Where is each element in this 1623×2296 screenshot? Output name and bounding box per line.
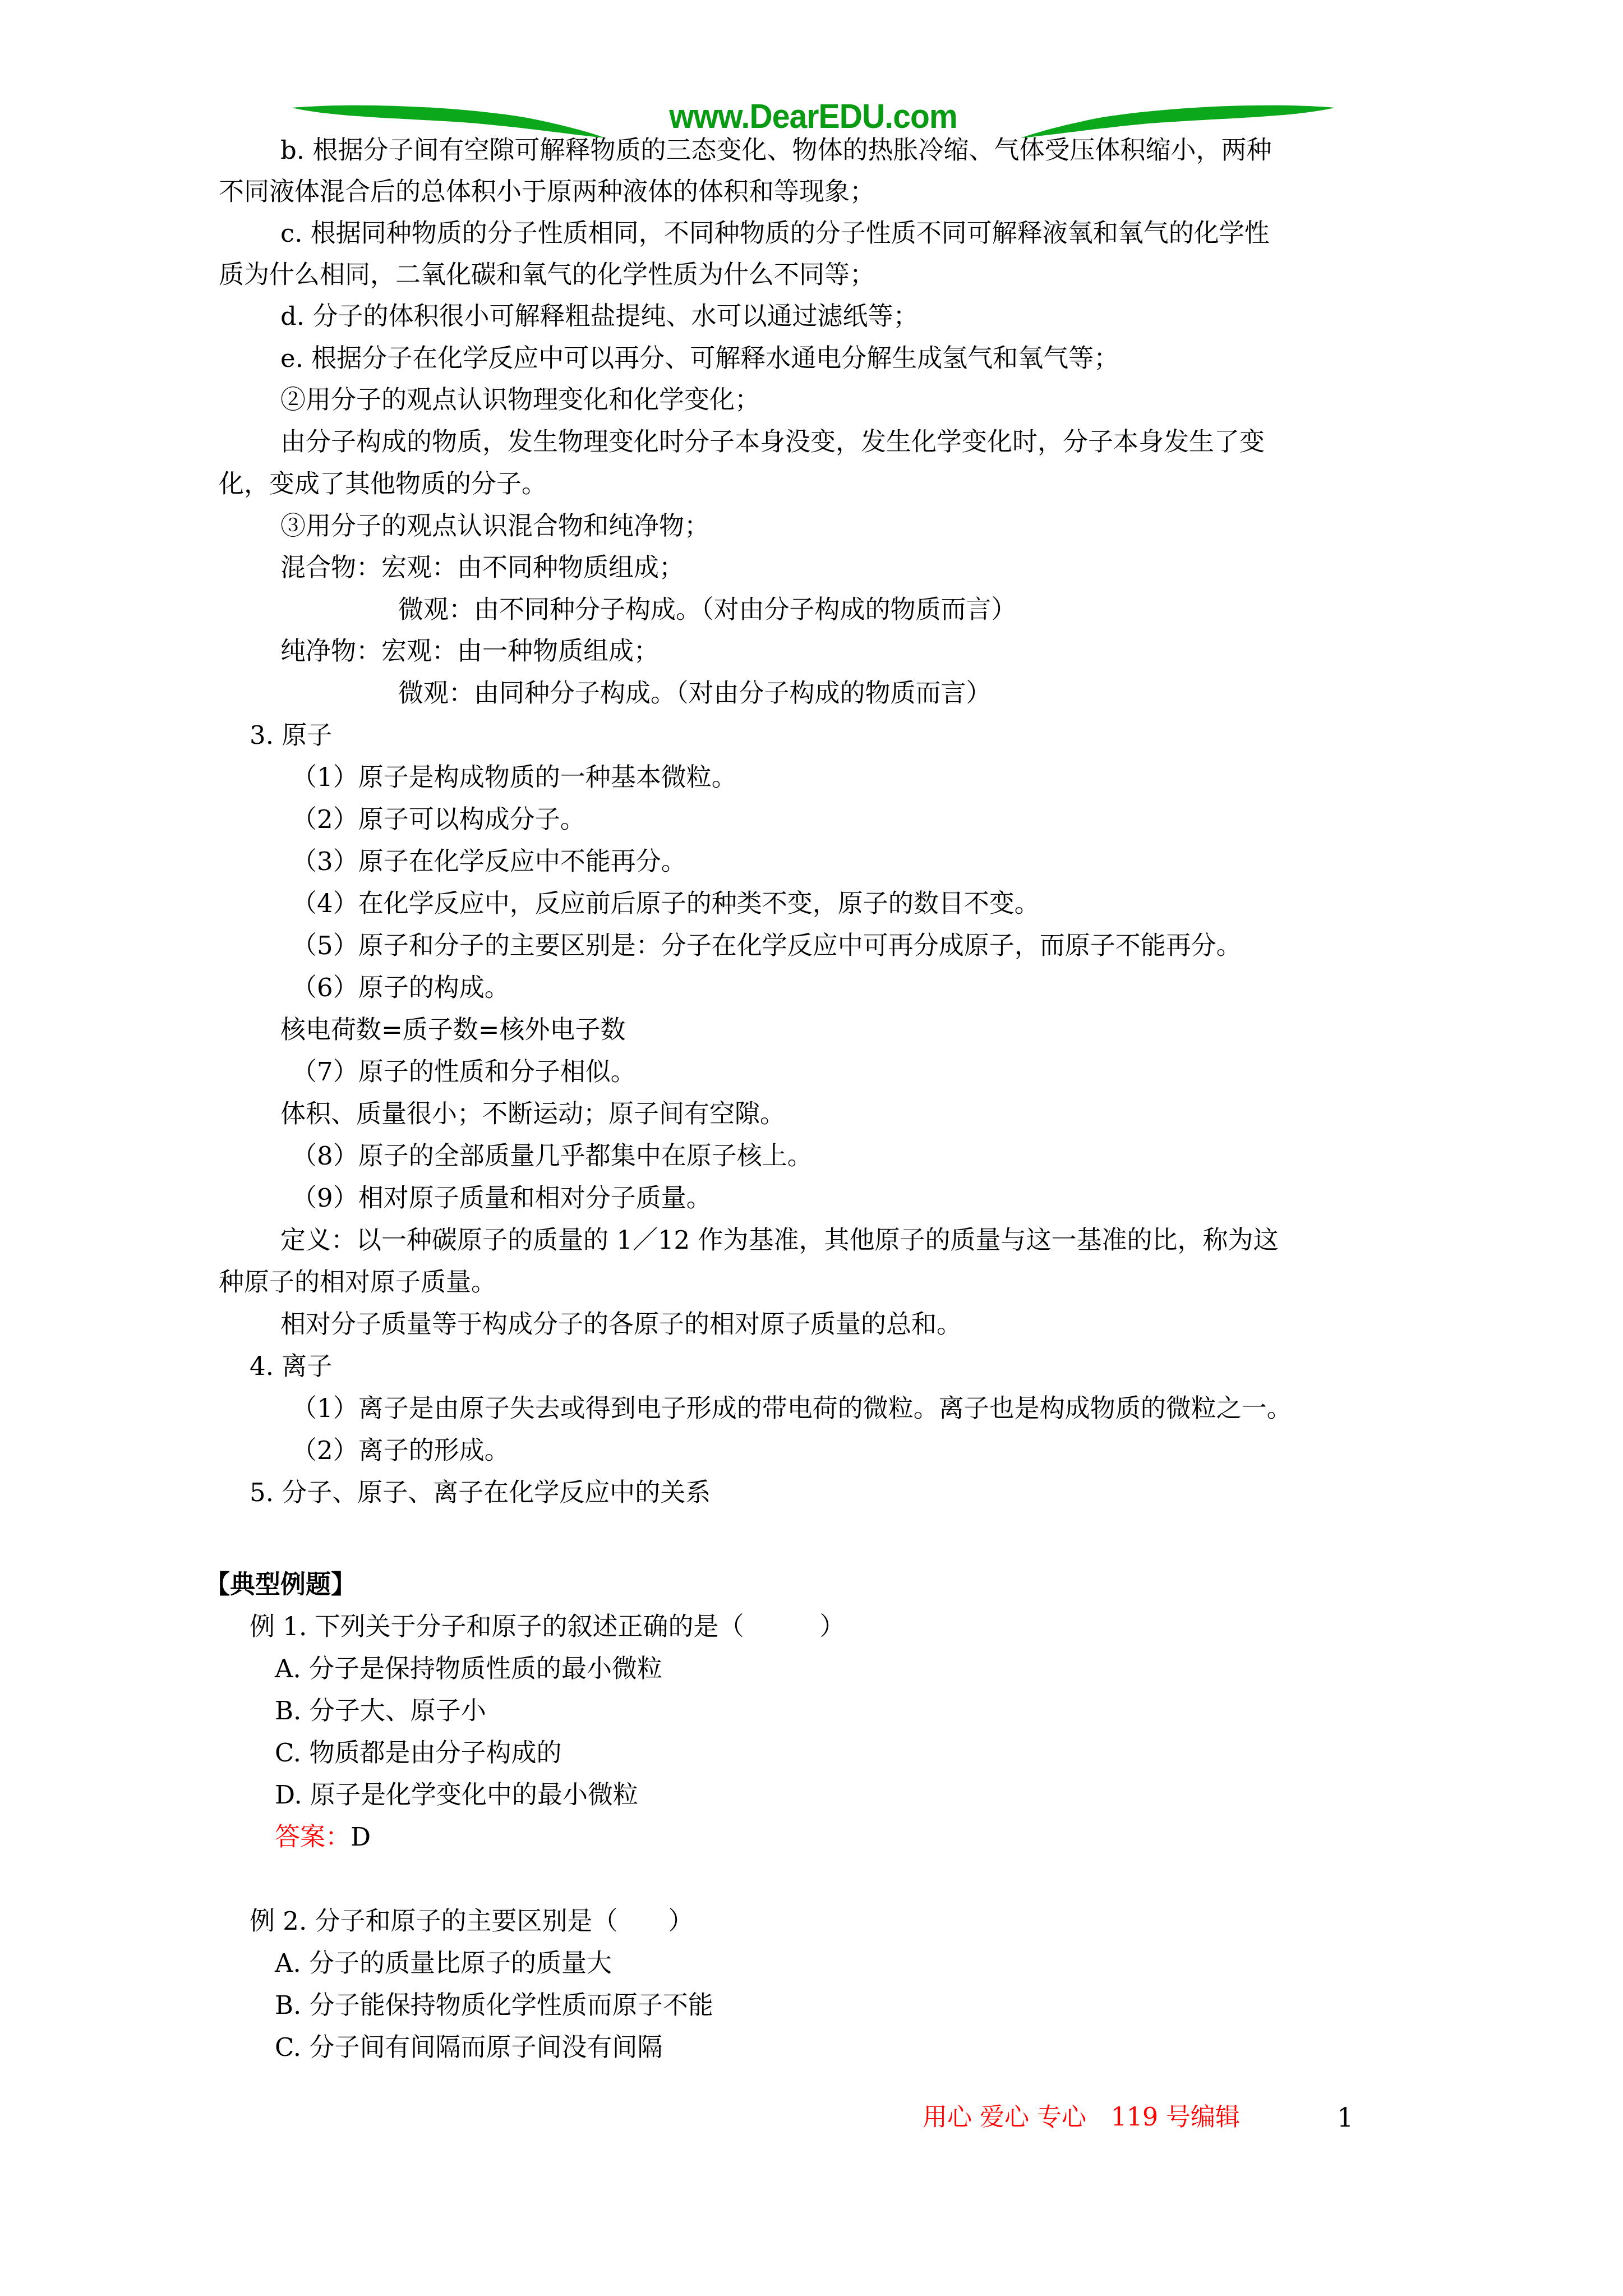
example-question: 例 2. 分子和原子的主要区别是（ ） <box>250 1904 694 1938</box>
text-line: 不同液体混合后的总体积小于原两种液体的体积和等现象； <box>219 175 875 209</box>
site-logo[interactable]: www.DearEDU.com <box>623 96 1004 136</box>
text-line: （6）原子的构成。 <box>292 971 510 1005</box>
text-line: 纯净物：宏观：由一种物质组成； <box>280 634 659 668</box>
text-line: 相对分子质量等于构成分子的各原子的相对原子质量的总和。 <box>280 1308 962 1341</box>
text-line: 由分子构成的物质，发生物理变化时分子本身没变，发生化学变化时，分子本身发生了变 <box>280 425 1265 459</box>
text-line: c. 根据同种物质的分子性质相同，不同种物质的分子性质不同可解释液氧和氧气的化学… <box>280 217 1270 250</box>
examples-section-title: 【典型例题】 <box>205 1568 356 1602</box>
example-option: C. 分子间有间隔而原子间没有间隔 <box>275 2031 662 2064</box>
answer-label: 答案： <box>275 1822 351 1852</box>
example-option: A. 分子的质量比原子的质量大 <box>275 1947 612 1980</box>
text-line: 质为什么相同，二氧化碳和氧气的化学性质为什么不同等； <box>219 258 875 292</box>
text-line: （4）在化学反应中，反应前后原子的种类不变，原子的数目不变。 <box>292 887 1040 921</box>
page-number: 1 <box>1337 2101 1353 2134</box>
example-question: 例 1. 下列关于分子和原子的叙述正确的是（ ） <box>250 1610 845 1644</box>
text-line: （8）原子的全部质量几乎都集中在原子核上。 <box>292 1139 813 1173</box>
text-line: 混合物：宏观：由不同种物质组成； <box>280 551 684 585</box>
text-line: 微观：由不同种分子构成。（对由分子构成的物质而言） <box>398 593 1017 627</box>
text-line: d. 分子的体积很小可解释粗盐提纯、水可以通过滤纸等； <box>280 300 918 333</box>
text-line: （2）离子的形成。 <box>292 1434 510 1467</box>
text-line: ②用分子的观点认识物理变化和化学变化； <box>280 383 760 417</box>
text-line: b. 根据分子间有空隙可解释物质的三态变化、物体的热胀冷缩、气体受压体积缩小，两… <box>280 134 1271 167</box>
example-answer: 答案：D <box>275 1820 371 1854</box>
text-line: 体积、质量很小；不断运动；原子间有空隙。 <box>280 1097 785 1131</box>
answer-value: D <box>351 1822 371 1852</box>
text-line: （7）原子的性质和分子相似。 <box>292 1055 636 1089</box>
text-line: e. 根据分子在化学反应中可以再分、可解释水通电分解生成氢气和氧气等； <box>280 342 1119 375</box>
section-heading: 3. 原子 <box>250 719 332 752</box>
text-line: （9）相对原子质量和相对分子质量。 <box>292 1181 712 1215</box>
text-line: （5）原子和分子的主要区别是：分子在化学反应中可再分成原子，而原子不能再分。 <box>292 929 1242 963</box>
section-heading: 5. 分子、原子、离子在化学反应中的关系 <box>250 1476 711 1510</box>
text-line: ③用分子的观点认识混合物和纯净物； <box>280 509 709 543</box>
text-line: 微观：由同种分子构成。（对由分子构成的物质而言） <box>398 677 992 710</box>
text-line: （1）离子是由原子失去或得到电子形成的带电荷的微粒。离子也是构成物质的微粒之一。 <box>292 1392 1292 1425</box>
footer-editor-note: 用心 爱心 专心 119 号编辑 <box>923 2101 1240 2134</box>
text-line: （2）原子可以构成分子。 <box>292 803 585 836</box>
text-line: 化，变成了其他物质的分子。 <box>219 467 547 501</box>
text-line: （1）原子是构成物质的一种基本微粒。 <box>292 761 737 794</box>
example-option: B. 分子能保持物质化学性质而原子不能 <box>275 1989 713 2022</box>
example-option: B. 分子大、原子小 <box>275 1694 486 1728</box>
text-line: （3）原子在化学反应中不能再分。 <box>292 845 686 878</box>
example-option: A. 分子是保持物质性质的最小微粒 <box>275 1652 662 1686</box>
text-line: 核电荷数=质子数=核外电子数 <box>280 1013 625 1047</box>
example-option: D. 原子是化学变化中的最小微粒 <box>275 1778 638 1812</box>
example-option: C. 物质都是由分子构成的 <box>275 1736 561 1770</box>
section-heading: 4. 离子 <box>250 1350 332 1383</box>
text-line: 种原子的相对原子质量。 <box>219 1266 496 1299</box>
text-line: 定义：以一种碳原子的质量的 1／12 作为基准，其他原子的质量与这一基准的比，称… <box>280 1223 1279 1257</box>
document-page: www.DearEDU.com b. 根据分子间有空隙可解释物质的三态变化、物体… <box>0 0 1623 2296</box>
